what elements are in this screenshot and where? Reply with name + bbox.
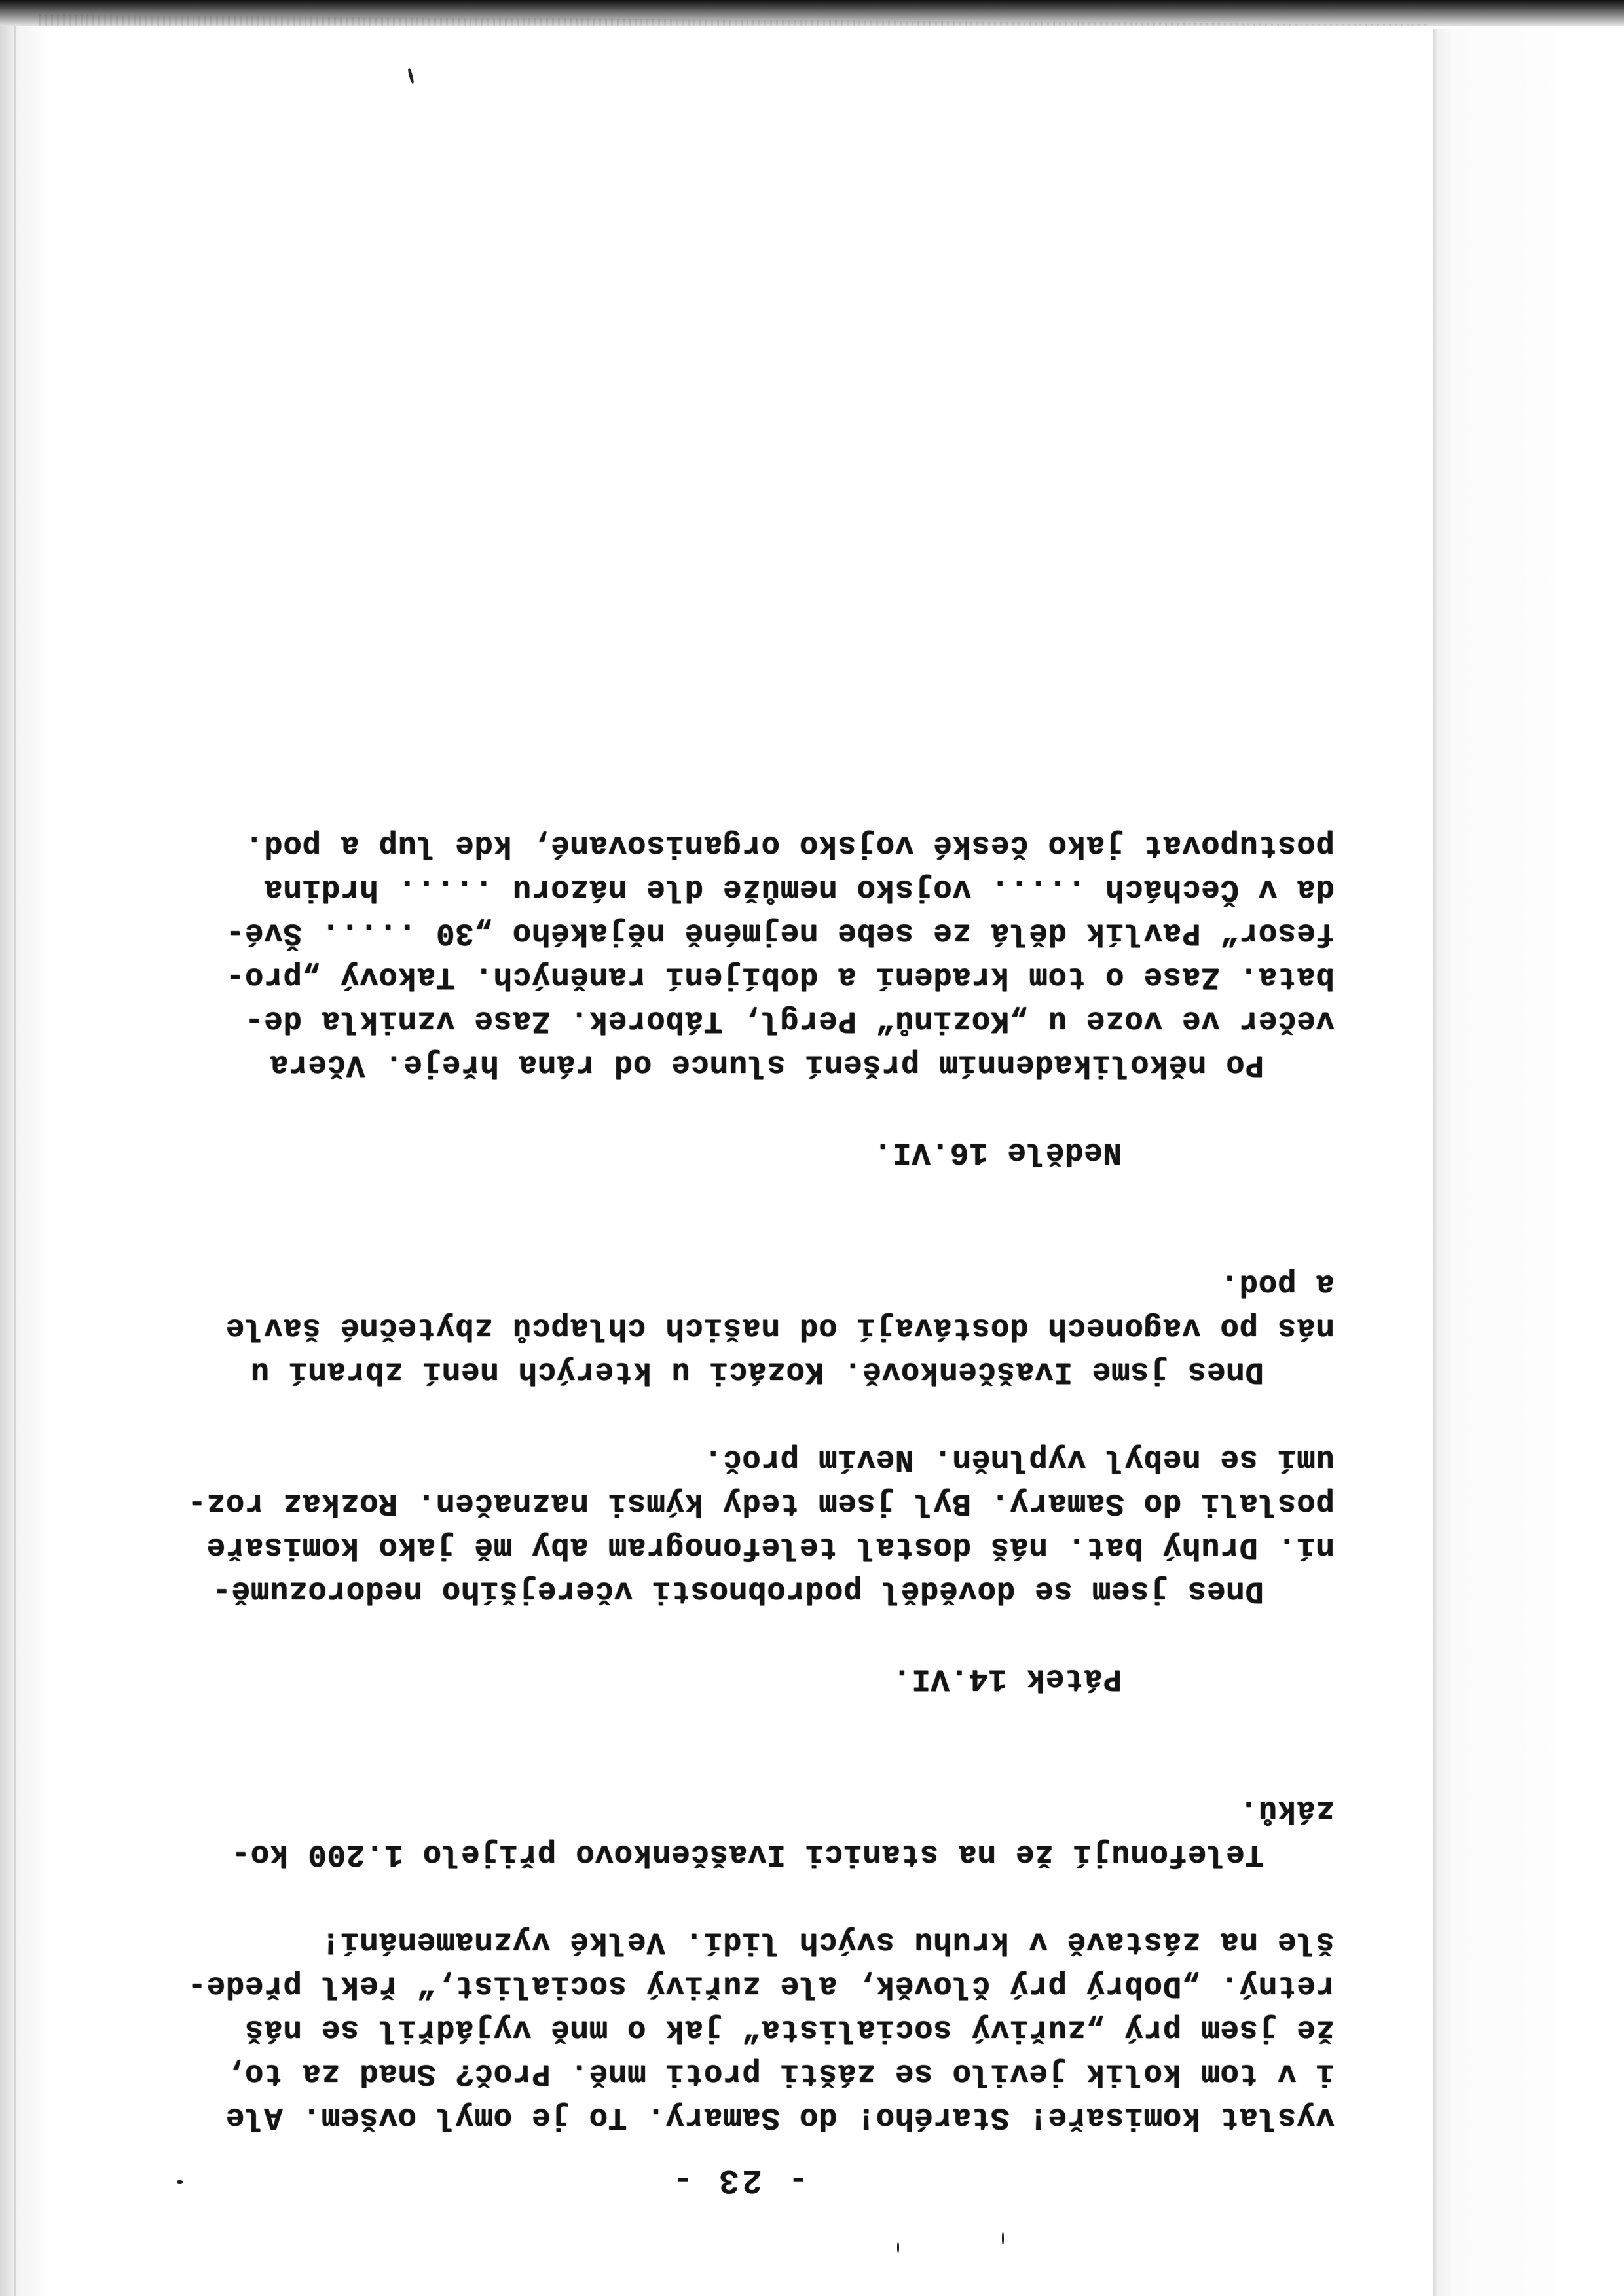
text-line: poslali do Samary. Byl jsem tedy kýmsi n… — [182, 1481, 1335, 1525]
text-line: záků. — [182, 1788, 1335, 1832]
date-heading: Neděle 16.VI. — [182, 1130, 1335, 1174]
text-line: umí se nebyl vyplněn. Nevím proč. — [182, 1437, 1335, 1481]
text-line: Po několikadenním pršení slunce od rána … — [182, 1042, 1335, 1086]
paragraph: vyslat komisaře! Starého! do Samary. To … — [182, 1920, 1335, 2139]
paragraph: Dnes jsme Ivaščenkově. Kozáci u kterých … — [182, 1262, 1335, 1393]
scan-speck — [1002, 2232, 1004, 2244]
typewritten-page: - 23 - vyslat komisaře! Starého! do Sama… — [46, 26, 1433, 2296]
text-line: bata. Zase o tom kradení a dobíjení raně… — [182, 955, 1335, 998]
text-line: večer ve voze u „Kozinů“ Pergl, Táborek.… — [182, 998, 1335, 1042]
text-line: Telefonují že na stanici Ivaščenkovo při… — [182, 1832, 1335, 1876]
text-line: da v Čechách ..... vojsko nemůže dle náz… — [182, 867, 1335, 911]
text-line: že jsem prý „zuřivý socialista“ jak o mn… — [182, 2007, 1335, 2051]
text-line: retný. „Dobrý prý člověk, ale zuřivý soc… — [182, 1963, 1335, 2007]
text-line: šle na zástavě v kruhu svých lidí. Velké… — [182, 1920, 1335, 1963]
scanner-edge-top — [0, 0, 1624, 26]
text-line: a pod. — [182, 1262, 1335, 1305]
paragraph: Telefonují že na stanici Ivaščenkovo při… — [182, 1788, 1335, 1876]
paragraph: Dnes jsem se dověděl podrobnosti včerejš… — [182, 1437, 1335, 1613]
scan-speck — [897, 2242, 899, 2253]
diary-text: vyslat komisaře! Starého! do Samary. To … — [182, 823, 1335, 2139]
scan-speck — [177, 2180, 183, 2184]
text-line: vyslat komisaře! Starého! do Samary. To … — [182, 2095, 1335, 2139]
rotated-sheet: - 23 - vyslat komisaře! Starého! do Sama… — [46, 26, 1433, 2296]
date-heading: Pátek 14.VI. — [182, 1656, 1335, 1700]
text-line: i v tom kolik jevilo se zášti proti mně.… — [182, 2051, 1335, 2095]
text-line: fesor“ Pavlík dělá ze sebe nejméně nějak… — [182, 911, 1335, 955]
text-line: Dnes jsem se dověděl podrobnosti včerejš… — [182, 1569, 1335, 1613]
text-line: nás po vagonech dostávají od našich chla… — [182, 1305, 1335, 1349]
paragraph: Po několikadenním pršení slunce od rána … — [182, 823, 1335, 1086]
text-line: ní. Druhý bat. náš dostal telefonogram a… — [182, 1525, 1335, 1569]
underlying-page-edge — [1433, 29, 1624, 2296]
text-line: Dnes jsme Ivaščenkově. Kozáci u kterých … — [182, 1349, 1335, 1393]
page-binding-edge — [0, 26, 46, 2296]
text-line: postupovat jako české vojsko organisovan… — [182, 823, 1335, 867]
page-number: - 23 - — [46, 2160, 1433, 2199]
